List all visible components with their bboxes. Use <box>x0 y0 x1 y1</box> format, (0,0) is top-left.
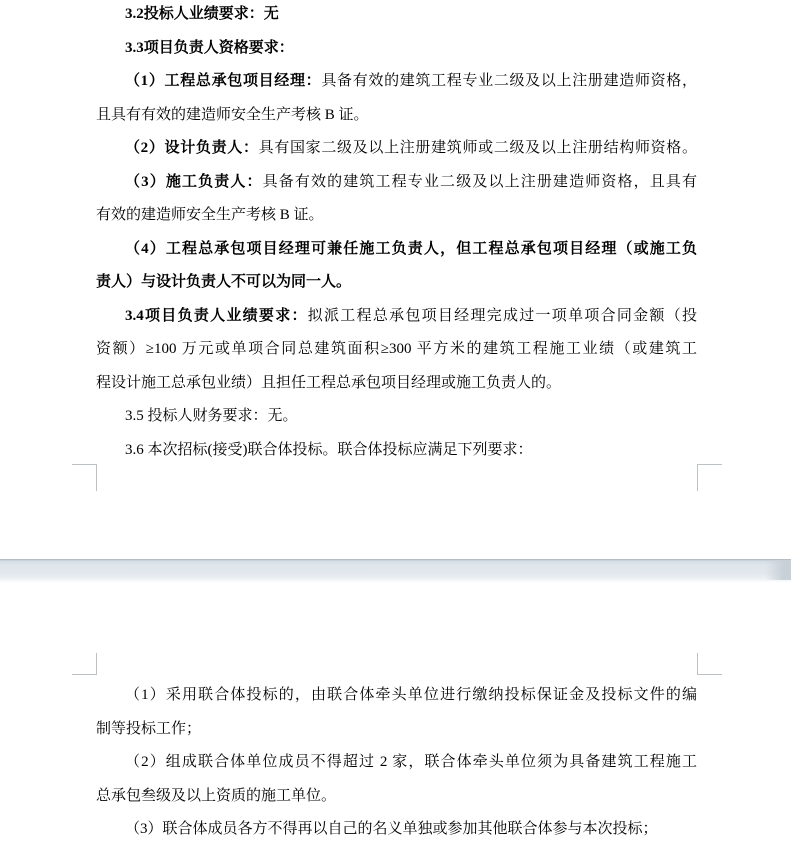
clause-label: （1）工程总承包项目经理： <box>125 73 321 89</box>
consortium-item1-line1: （1）采用联合体投标的，由联合体牵头单位进行缴纳投标保证金及投标文件的编 <box>96 679 697 713</box>
clause-text: 3.6 本次招标(接受)联合体投标。联合体投标应满足下列要求： <box>125 442 533 458</box>
clause-3-4-line3: 程设计施工总承包业绩）且担任工程总承包项目经理或施工负责人的。 <box>96 367 697 401</box>
clause-3-3-item1-line2: 且具有有效的建造师安全生产考核 B 证。 <box>96 99 697 133</box>
clause-3-3-item3-line1: （3）施工负责人：具备有效的建筑工程专业二级及以上注册建造师资格，且具有 <box>96 166 697 200</box>
clause-text: 具有国家二级及以上注册建筑师或二级及以上注册结构师资格。 <box>259 140 697 156</box>
consortium-item2-line1: （2）组成联合体单位成员不得超过 2 家，联合体牵头单位须为具备建筑工程施工 <box>96 746 697 780</box>
separator-right-shadow <box>765 560 791 580</box>
clause-text: 具备有效的建筑工程专业二级及以上注册建造师资格， <box>321 73 697 89</box>
clause-text: 具备有效的建筑工程专业二级及以上注册建造师资格，且具有 <box>263 174 697 190</box>
clause-text: 3.3项目负责人资格要求： <box>125 40 294 56</box>
clause-3-2-line: 3.2投标人业绩要求：无 <box>96 0 697 32</box>
clause-3-6-line: 3.6 本次招标(接受)联合体投标。联合体投标应满足下列要求： <box>96 434 697 468</box>
clause-3-3-item4-line1: （4）工程总承包项目经理可兼任施工负责人，但工程总承包项目经理（或施工负 <box>96 233 697 267</box>
page2-top-left-margin-mark <box>72 653 97 675</box>
clause-text: 3.5 投标人财务要求：无。 <box>125 408 298 424</box>
consortium-item1-line2: 制等投标工作； <box>96 713 697 747</box>
clause-text: 总承包叁级及以上资质的施工单位。 <box>96 788 336 804</box>
clause-3-3-item2-line: （2）设计负责人：具有国家二级及以上注册建筑师或二级及以上注册结构师资格。 <box>96 132 697 166</box>
clause-text: 程设计施工总承包业绩）且担任工程总承包项目经理或施工负责人的。 <box>96 375 561 391</box>
clause-text: 拟派工程总承包项目经理完成过一项单项合同金额（投 <box>308 308 697 324</box>
clause-3-3-item1-line1: （1）工程总承包项目经理：具备有效的建筑工程专业二级及以上注册建造师资格， <box>96 65 697 99</box>
clause-label: （2）设计负责人： <box>125 140 259 156</box>
clause-label: （3）施工负责人： <box>125 174 263 190</box>
clause-text: （1）采用联合体投标的，由联合体牵头单位进行缴纳投标保证金及投标文件的编 <box>125 687 697 703</box>
clause-text: 3.2投标人业绩要求：无 <box>125 6 279 22</box>
clause-text: 责人）与设计负责人不可以为同一人。 <box>96 274 351 290</box>
clause-text: （2）组成联合体单位成员不得超过 2 家，联合体牵头单位须为具备建筑工程施工 <box>125 754 697 770</box>
page-break-separator <box>0 559 791 582</box>
clause-3-3-line: 3.3项目负责人资格要求： <box>96 32 697 66</box>
clause-text: 有效的建造师安全生产考核 B 证。 <box>96 207 324 223</box>
clause-3-4-line1: 3.4项目负责人业绩要求：拟派工程总承包项目经理完成过一项单项合同金额（投 <box>96 300 697 334</box>
page2-top-right-margin-mark <box>697 653 722 675</box>
page2-text-block[interactable]: （1）采用联合体投标的，由联合体牵头单位进行缴纳投标保证金及投标文件的编 制等投… <box>96 679 697 846</box>
consortium-item2-line2: 总承包叁级及以上资质的施工单位。 <box>96 780 697 814</box>
clause-3-3-item4-line2: 责人）与设计负责人不可以为同一人。 <box>96 266 697 300</box>
clause-text: （4）工程总承包项目经理可兼任施工负责人，但工程总承包项目经理（或施工负 <box>125 241 697 257</box>
clause-text: 制等投标工作； <box>96 721 201 737</box>
page1-bottom-right-margin-mark <box>697 464 722 491</box>
clause-text: 资额）≥100 万元或单项合同总建筑面积≥300 平方米的建筑工程施工业绩（或建… <box>96 341 697 357</box>
clause-3-5-line: 3.5 投标人财务要求：无。 <box>96 400 697 434</box>
consortium-item3-line: （3）联合体成员各方不得再以自己的名义单独或参加其他联合体参与本次投标； <box>96 813 697 846</box>
clause-label: 3.4项目负责人业绩要求： <box>125 308 308 324</box>
clause-3-3-item3-line2: 有效的建造师安全生产考核 B 证。 <box>96 199 697 233</box>
page1-text-block[interactable]: 3.2投标人业绩要求：无 3.3项目负责人资格要求： （1）工程总承包项目经理：… <box>96 0 697 467</box>
clause-3-4-line2: 资额）≥100 万元或单项合同总建筑面积≥300 平方米的建筑工程施工业绩（或建… <box>96 333 697 367</box>
clause-text: （3）联合体成员各方不得再以自己的名义单独或参加其他联合体参与本次投标； <box>125 821 658 837</box>
clause-text: 且具有有效的建造师安全生产考核 B 证。 <box>96 107 369 123</box>
page1-bottom-left-margin-mark <box>72 464 97 491</box>
